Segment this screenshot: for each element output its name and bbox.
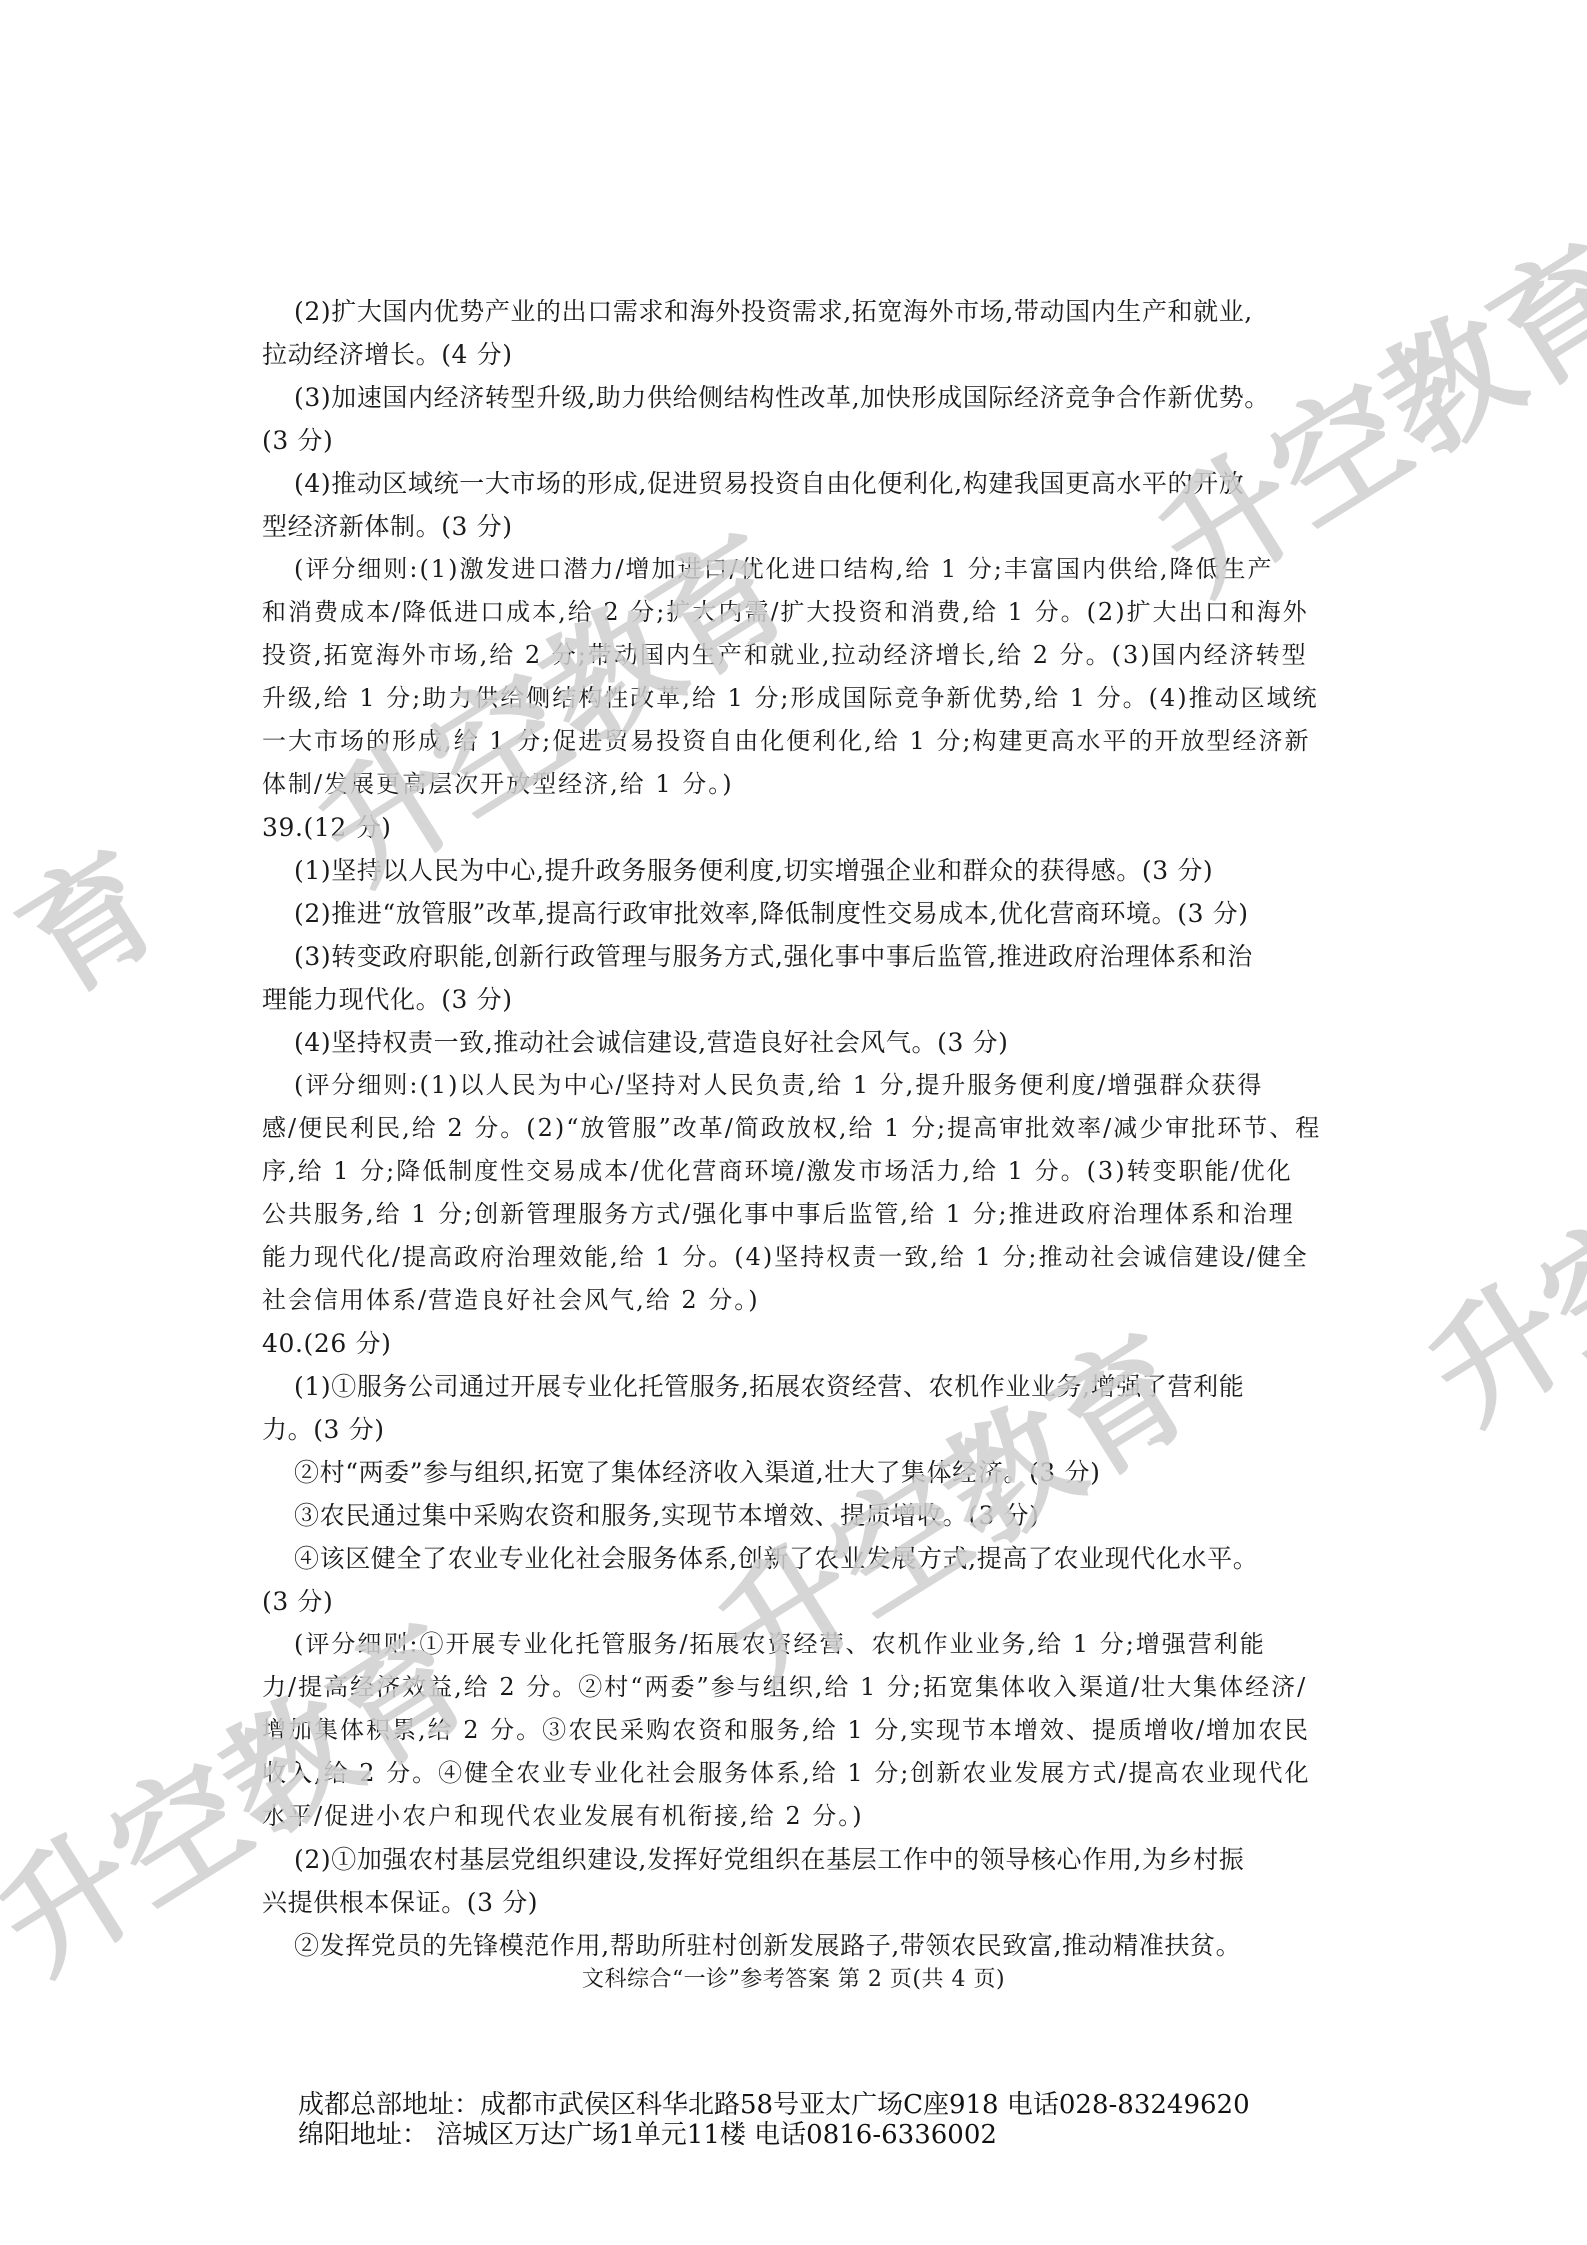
rubric-line: 收入,给 2 分。④健全农业专业化社会服务体系,给 1 分;创新农业发展方式/提… [262, 1752, 1352, 1795]
answer-line: (2)①加强农村基层党组织建设,发挥好党组织在基层工作中的领导核心作用,为乡村振 [262, 1838, 1352, 1881]
answer-line: (4)坚持权责一致,推动社会诚信建设,营造良好社会风气。(3 分) [262, 1021, 1352, 1064]
rubric-line: 升级,给 1 分;助力供给侧结构性改革,给 1 分;形成国际竞争新优势,给 1 … [262, 677, 1352, 720]
rubric-line: 投资,拓宽海外市场,给 2 分;带动国内生产和就业,拉动经济增长,给 2 分。(… [262, 634, 1352, 677]
rubric-line: 社会信用体系/营造良好社会风气,给 2 分。) [262, 1279, 1352, 1322]
answer-line: (1)坚持以人民为中心,提升政务服务便利度,切实增强企业和群众的获得感。(3 分… [262, 849, 1352, 892]
rubric-line: 公共服务,给 1 分;创新管理服务方式/强化事中事后监管,给 1 分;推进政府治… [262, 1193, 1352, 1236]
answer-line: (3)转变政府职能,创新行政管理与服务方式,强化事中事后监管,推进政府治理体系和… [262, 935, 1352, 978]
answer-line: 理能力现代化。(3 分) [262, 978, 1352, 1021]
answer-line: ②发挥党员的先锋模范作用,帮助所驻村创新发展路子,带领农民致富,推动精准扶贫。 [262, 1924, 1352, 1967]
answer-line: 型经济新体制。(3 分) [262, 505, 1352, 548]
answer-line: (3)加速国内经济转型升级,助力供给侧结构性改革,加快形成国际经济竞争合作新优势… [262, 376, 1352, 419]
rubric-line: 力/提高经济效益,给 2 分。②村“两委”参与组织,给 1 分;拓宽集体收入渠道… [262, 1666, 1352, 1709]
address-block: 成都总部地址：成都市武侯区科华北路58号亚太广场C座918 电话028-8324… [298, 2090, 1250, 2150]
answer-line: ②村“两委”参与组织,拓宽了集体经济收入渠道,壮大了集体经济。(3 分) [262, 1451, 1352, 1494]
rubric-line: 和消费成本/降低进口成本,给 2 分;扩大内需/扩大投资和消费,给 1 分。(2… [262, 591, 1352, 634]
document-page: (2)扩大国内优势产业的出口需求和海外投资需求,拓宽海外市场,带动国内生产和就业… [0, 0, 1587, 2245]
answer-line: 40.(26 分) [262, 1322, 1352, 1365]
answer-line: 力。(3 分) [262, 1408, 1352, 1451]
rubric-line: 感/便民利民,给 2 分。(2)“放管服”改革/简政放权,给 1 分;提高审批效… [262, 1107, 1352, 1150]
answer-line: (3 分) [262, 419, 1352, 462]
address-chengdu: 成都总部地址：成都市武侯区科华北路58号亚太广场C座918 电话028-8324… [298, 2090, 1250, 2120]
answer-line: 兴提供根本保证。(3 分) [262, 1881, 1352, 1924]
answer-line: ④该区健全了农业专业化社会服务体系,创新了农业发展方式,提高了农业现代化水平。 [262, 1537, 1352, 1580]
rubric-line: (评分细则:①开展专业化托管服务/拓展农资经营、农机作业业务,给 1 分;增强营… [262, 1623, 1352, 1666]
rubric-line: (评分细则:(1)以人民为中心/坚持对人民负责,给 1 分,提升服务便利度/增强… [262, 1064, 1352, 1107]
answer-key-body: (2)扩大国内优势产业的出口需求和海外投资需求,拓宽海外市场,带动国内生产和就业… [262, 290, 1352, 1967]
rubric-line: 水平/促进小农户和现代农业发展有机衔接,给 2 分。) [262, 1795, 1352, 1838]
address-mianyang: 绵阳地址： 涪城区万达广场1单元11楼 电话0816-6336002 [298, 2120, 1250, 2150]
answer-line: (1)①服务公司通过开展专业化托管服务,拓展农资经营、农机作业业务,增强了营利能 [262, 1365, 1352, 1408]
rubric-line: (评分细则:(1)激发进口潜力/增加进口/优化进口结构,给 1 分;丰富国内供给… [262, 548, 1352, 591]
answer-line: (4)推动区域统一大市场的形成,促进贸易投资自由化便利化,构建我国更高水平的开放 [262, 462, 1352, 505]
answer-line: ③农民通过集中采购农资和服务,实现节本增效、提质增收。(3 分) [262, 1494, 1352, 1537]
watermark-text: 育 [0, 801, 189, 1028]
answer-line: 拉动经济增长。(4 分) [262, 333, 1352, 376]
page-footer: 文科综合“一诊”参考答案 第 2 页(共 4 页) [0, 1962, 1587, 1993]
answer-line: (2)推进“放管服”改革,提高行政审批效率,降低制度性交易成本,优化营商环境。(… [262, 892, 1352, 935]
rubric-line: 增加集体积累,给 2 分。③农民采购农资和服务,给 1 分,实现节本增效、提质增… [262, 1709, 1352, 1752]
answer-line: (3 分) [262, 1580, 1352, 1623]
answer-line: 39.(12 分) [262, 806, 1352, 849]
rubric-line: 能力现代化/提高政府治理效能,给 1 分。(4)坚持权责一致,给 1 分;推动社… [262, 1236, 1352, 1279]
rubric-line: 体制/发展更高层次开放型经济,给 1 分。) [262, 763, 1352, 806]
rubric-line: 序,给 1 分;降低制度性交易成本/优化营商环境/激发市场活力,给 1 分。(3… [262, 1150, 1352, 1193]
watermark-text: 升空 [1390, 1162, 1587, 1458]
rubric-line: 一大市场的形成,给 1 分;促进贸易投资自由化便利化,给 1 分;构建更高水平的… [262, 720, 1352, 763]
answer-line: (2)扩大国内优势产业的出口需求和海外投资需求,拓宽海外市场,带动国内生产和就业… [262, 290, 1352, 333]
